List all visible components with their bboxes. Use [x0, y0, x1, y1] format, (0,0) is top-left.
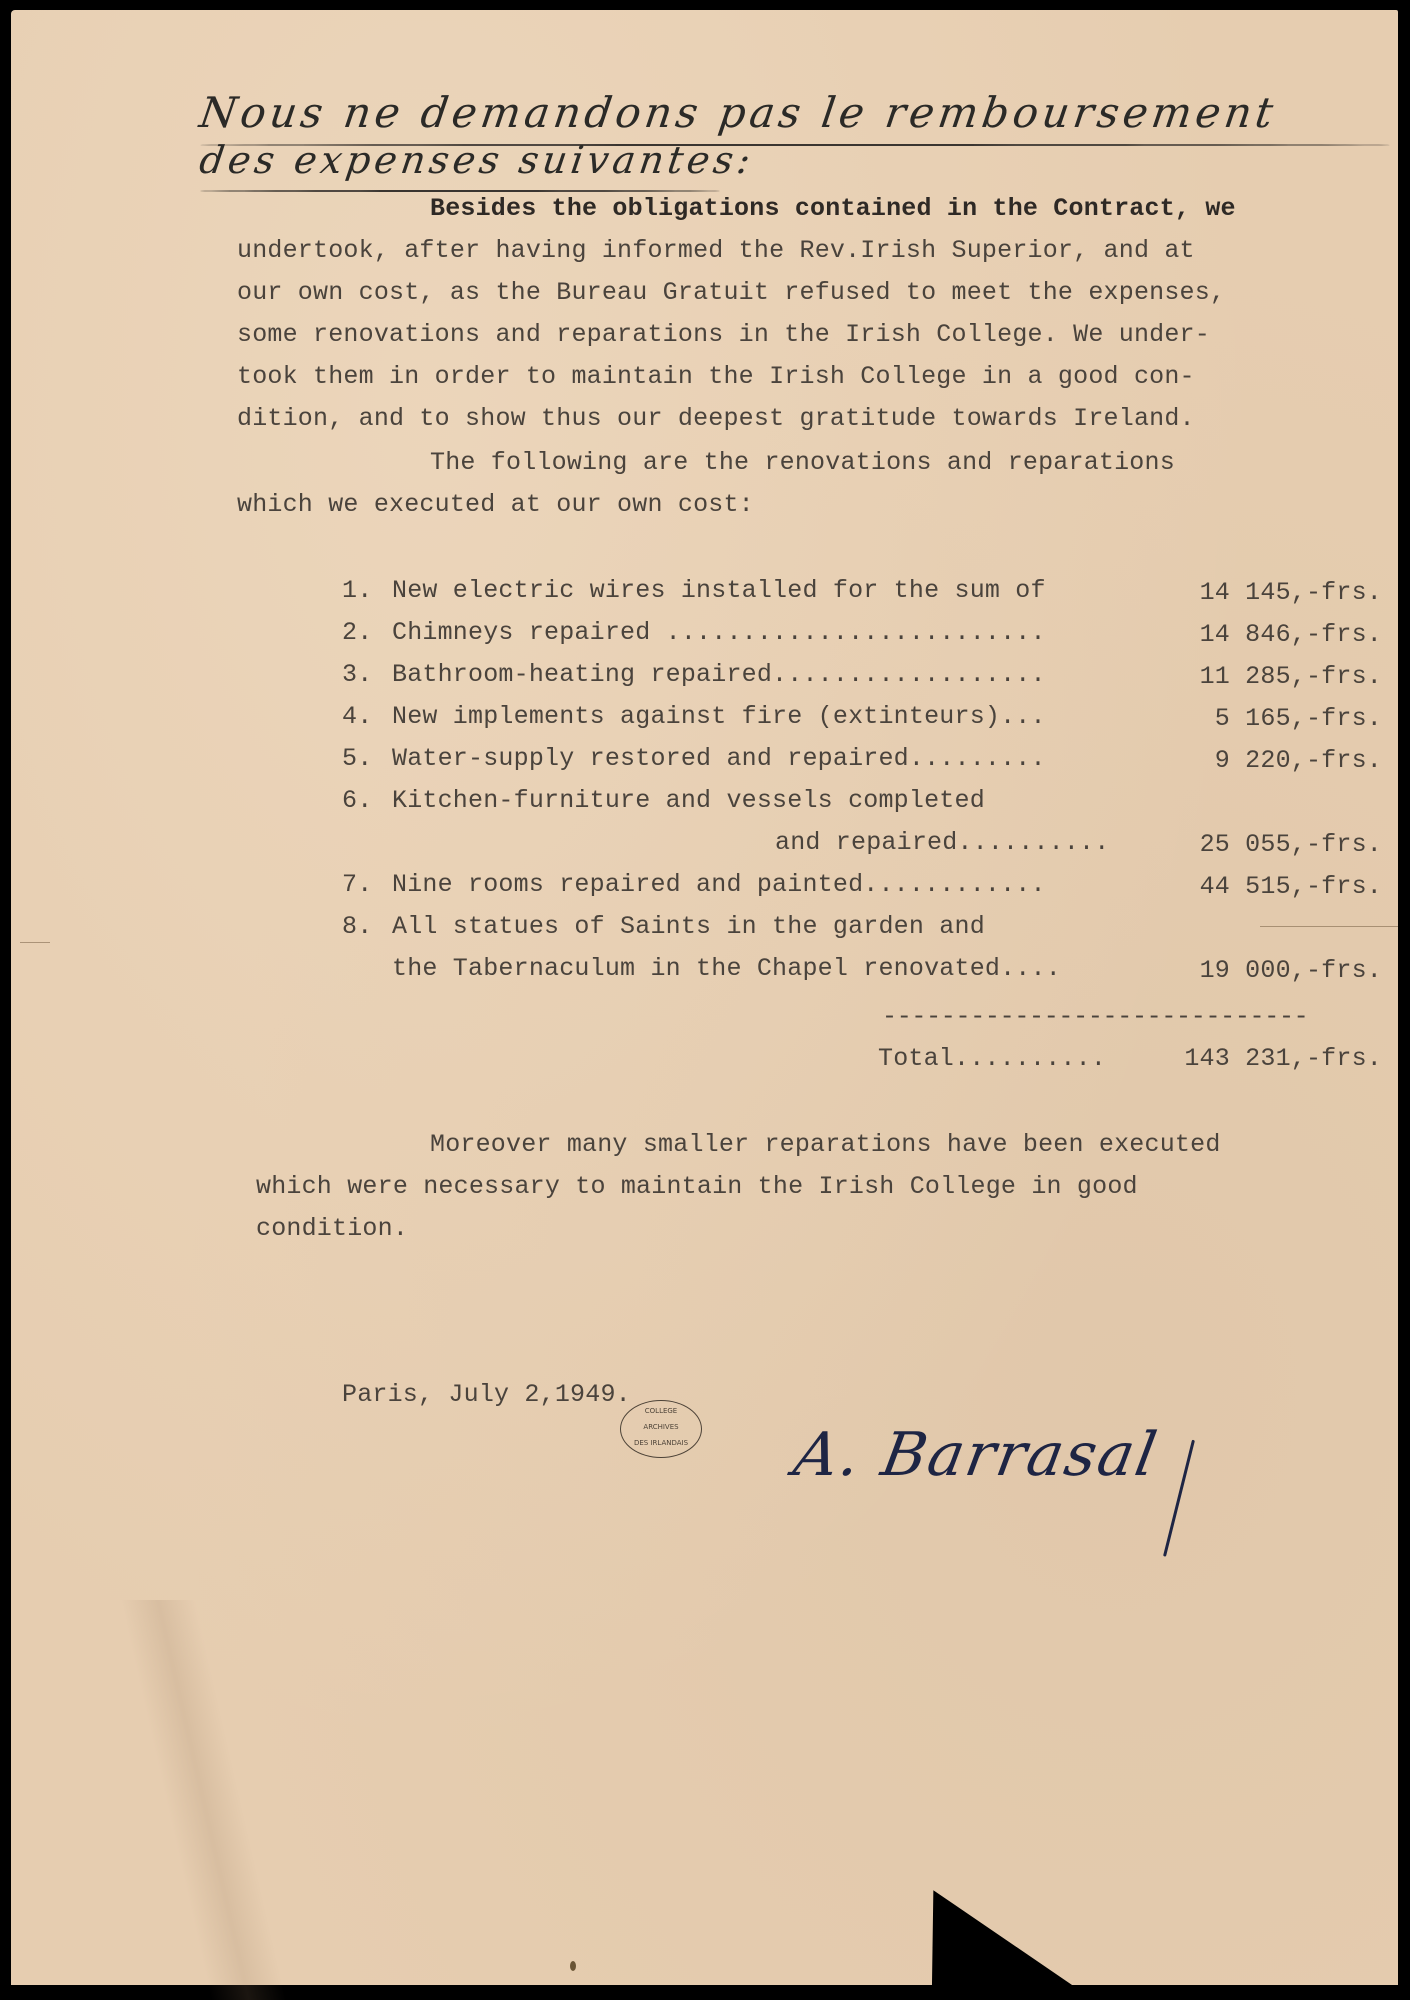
expense-amount: 11 285,-frs. [1130, 664, 1382, 689]
intro-line-5: took them in order to maintain the Irish… [237, 364, 1195, 389]
closing-line-2: which were necessary to maintain the Iri… [256, 1174, 1138, 1199]
expense-description: New electric wires installed for the sum… [392, 578, 1046, 603]
handwritten-note-line-1: Nous ne demandons pas le remboursement [197, 88, 1280, 137]
expense-amount: 14 846,-frs. [1130, 622, 1382, 647]
list-intro-line-1: The following are the renovations and re… [430, 450, 1175, 475]
expense-number: 1. [342, 578, 372, 603]
expense-number: 4. [342, 704, 372, 729]
closing-line-3: condition. [256, 1216, 408, 1241]
expense-amount: 44 515,-frs. [1130, 874, 1382, 899]
stamp-top-text: COLLEGE [621, 1408, 701, 1415]
expense-number: 2. [342, 620, 372, 645]
expense-description: Kitchen-furniture and vessels completed [392, 788, 985, 813]
expense-description: Chimneys repaired ......................… [392, 620, 1046, 645]
expense-description-continued: and repaired.......... [775, 830, 1109, 855]
total-amount: 143 231,-frs. [1130, 1046, 1382, 1071]
handwritten-note-line-2: des expenses suivantes: [197, 138, 757, 182]
expense-description-continued: the Tabernaculum in the Chapel renovated… [392, 956, 1061, 981]
expense-number: 7. [342, 872, 372, 897]
expense-number: 5. [342, 746, 372, 771]
intro-line-2: undertook, after having informed the Rev… [237, 238, 1195, 263]
expense-number: 3. [342, 662, 372, 687]
archive-stamp: COLLEGE ARCHIVES DES IRLANDAIS [620, 1400, 702, 1458]
list-intro-line-2: which we executed at our own cost: [237, 492, 754, 517]
expense-number: 8. [342, 914, 372, 939]
ink-spot [570, 1961, 576, 1971]
closing-line-1: Moreover many smaller reparations have b… [430, 1132, 1221, 1157]
place-date: Paris, July 2,1949. [342, 1382, 631, 1407]
intro-line-6: dition, and to show thus our deepest gra… [237, 406, 1195, 431]
expense-description: Water-supply restored and repaired......… [392, 746, 1046, 771]
total-label: Total.......... [878, 1046, 1106, 1071]
expense-amount: 25 055,-frs. [1130, 832, 1382, 857]
expense-amount: 9 220,-frs. [1130, 748, 1382, 773]
expense-number: 6. [342, 788, 372, 813]
expense-description: Bathroom-heating repaired...............… [392, 662, 1046, 687]
expense-amount: 14 145,-frs. [1130, 580, 1382, 605]
stamp-bottom-text: DES IRLANDAIS [621, 1440, 701, 1447]
expense-description: New implements against fire (extinteurs)… [392, 704, 1046, 729]
intro-line-4: some renovations and reparations in the … [237, 322, 1210, 347]
signature: A. Barrasal [789, 1420, 1164, 1490]
stamp-middle-text: ARCHIVES [621, 1424, 701, 1431]
total-separator: ----------------------------- [882, 1004, 1308, 1029]
intro-line-3: our own cost, as the Bureau Gratuit refu… [237, 280, 1225, 305]
expense-description: All statues of Saints in the garden and [392, 914, 985, 939]
intro-line-1: Besides the obligations contained in the… [430, 196, 1236, 221]
expense-amount: 5 165,-frs. [1130, 706, 1382, 731]
expense-amount: 19 000,-frs. [1130, 958, 1382, 983]
expense-description: Nine rooms repaired and painted.........… [392, 872, 1046, 897]
handwritten-underline-2 [200, 190, 720, 192]
